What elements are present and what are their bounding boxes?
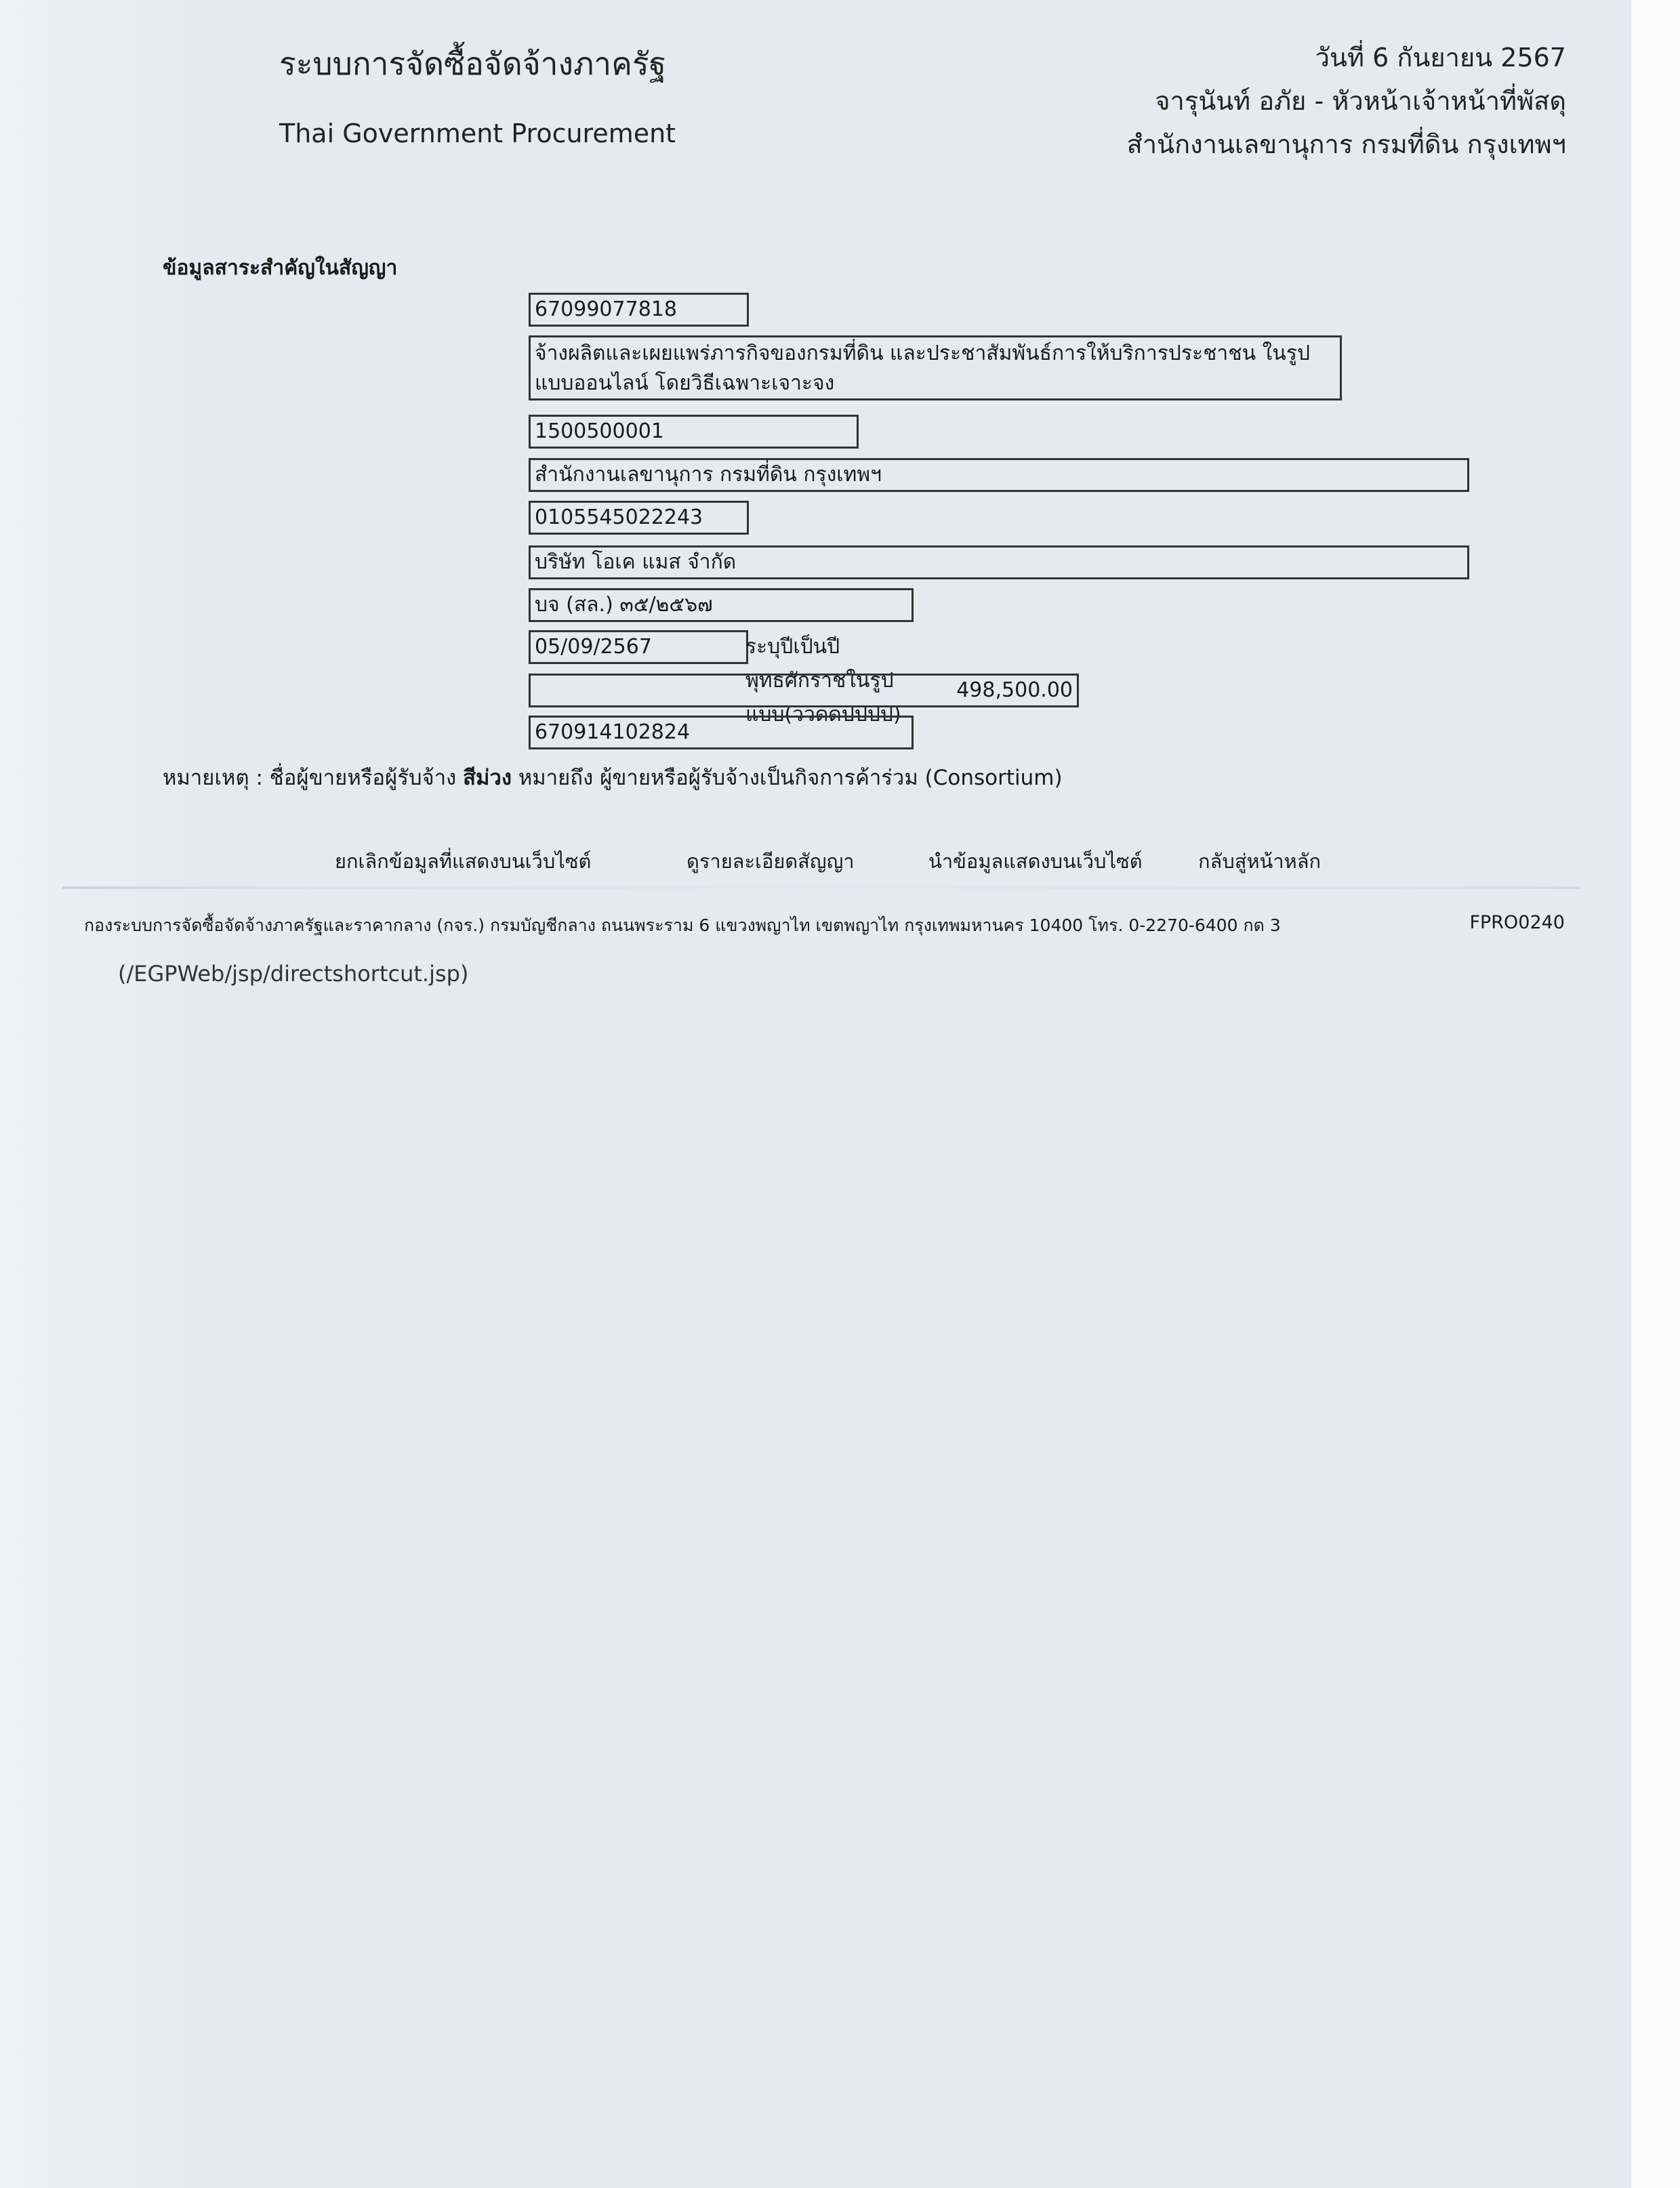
cancel-display-link[interactable]: ยกเลิกข้อมูลที่แสดงบนเว็บไซต์ [335, 846, 591, 877]
view-contract-link[interactable]: ดูรายละเอียดสัญญา [687, 846, 855, 877]
field-egp-control-number[interactable]: 670914102824 [529, 716, 914, 749]
field-amount[interactable]: 498,500.00 [529, 674, 1079, 707]
system-title-en: Thai Government Procurement [279, 119, 676, 148]
page-edge [1631, 0, 1680, 2188]
field-agency-code[interactable]: 1500500001 [529, 415, 859, 449]
consortium-note: หมายเหตุ : ชื่อผู้ขายหรือผู้รับจ้าง สีม่… [163, 760, 1063, 794]
field-contract-date[interactable]: 05/09/2567 [529, 630, 748, 664]
system-title-th: ระบบการจัดซื้อจัดจ้างภาครัฐ [279, 39, 666, 89]
divider [62, 886, 1580, 889]
publish-link[interactable]: นำข้อมูลแสดงบนเว็บไซต์ [928, 846, 1143, 877]
field-contract-number[interactable]: บจ (สล.) ๓๕/๒๕๖๗ [529, 588, 914, 622]
note-suffix: หมายถึง ผู้ขายหรือผู้รับจ้างเป็นกิจการค้… [512, 766, 1063, 790]
user-name-role: จารุนันท์ อภัย - หัวหน้าเจ้าหน้าที่พัสดุ [1155, 80, 1566, 121]
scan-shading [0, 0, 203, 2188]
field-tax-id[interactable]: 0105545022243 [529, 501, 749, 535]
page-code: FPRO0240 [1469, 912, 1565, 933]
back-home-link[interactable]: กลับสู่หน้าหลัก [1198, 846, 1321, 877]
user-office: สำนักงานเลขานุการ กรมที่ดิน กรุงเทพฯ [1127, 123, 1566, 165]
note-prefix: หมายเหตุ : ชื่อผู้ขายหรือผู้รับจ้าง [163, 766, 463, 790]
note-highlight-purple: สีม่วง [463, 766, 512, 790]
action-bar: ยกเลิกข้อมูลที่แสดงบนเว็บไซต์ ดูรายละเอี… [0, 846, 1680, 873]
page-path: (/EGPWeb/jsp/directshortcut.jsp) [118, 961, 468, 987]
field-agency-name[interactable]: สำนักงานเลขานุการ กรมที่ดิน กรุงเทพฯ [529, 458, 1469, 492]
section-title: ข้อมูลสาระสำคัญในสัญญา [163, 252, 397, 284]
footer-address: กองระบบการจัดซื้อจัดจ้างภาครัฐและราคากลา… [84, 912, 1281, 939]
field-project-number[interactable]: 67099077818 [529, 293, 749, 327]
print-date: วันที่ 6 กันยายน 2567 [1315, 37, 1566, 78]
field-project-name[interactable]: จ้างผลิตและเผยแพร่ภารกิจของกรมที่ดิน และ… [529, 335, 1342, 400]
field-bidder-name[interactable]: บริษัท โอเค แมส จำกัด [529, 545, 1469, 579]
